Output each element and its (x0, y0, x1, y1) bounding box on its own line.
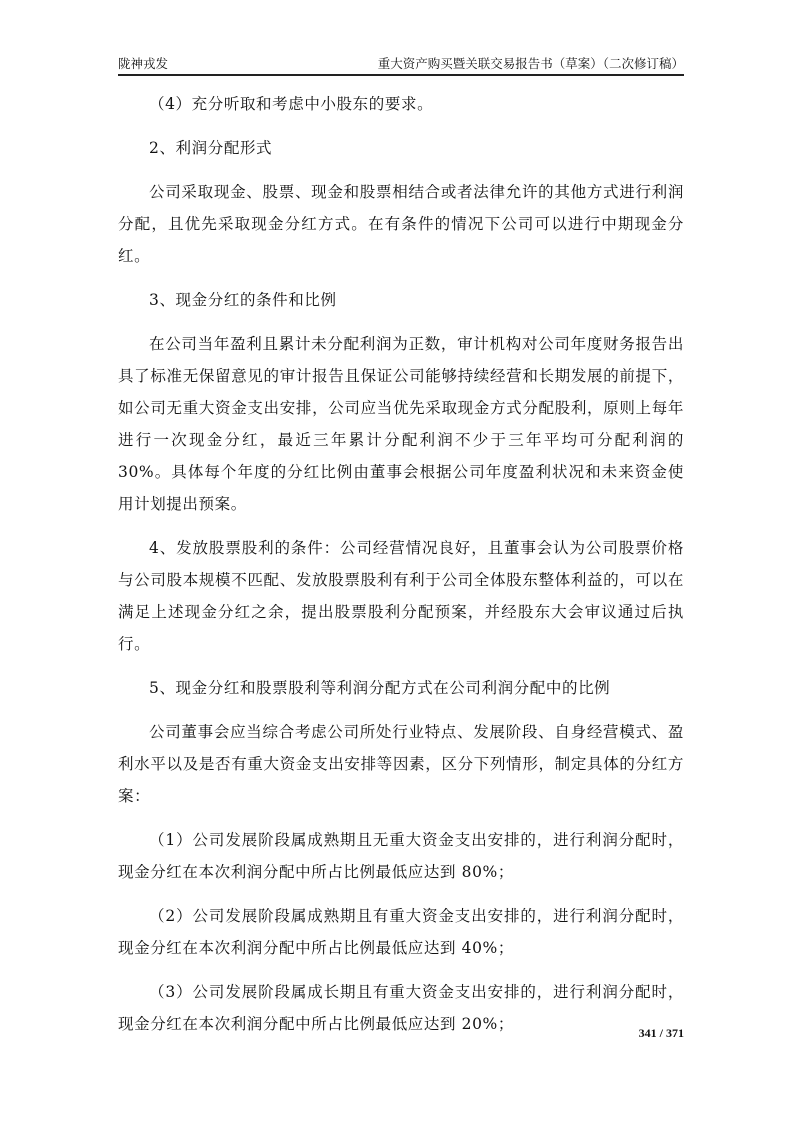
document-body: （4）充分听取和考虑中小股东的要求。 2、利润分配形式 公司采取现金、股票、现金… (118, 88, 684, 1052)
section-heading-2: 2、利润分配形式 (118, 132, 684, 164)
section-heading-3: 3、现金分红的条件和比例 (118, 284, 684, 316)
company-name: 陇神戎发 (118, 54, 168, 72)
list-item-case-2: （2）公司发展阶段属成熟期且有重大资金支出安排的，进行利润分配时，现金分红在本次… (118, 900, 684, 964)
section-heading-5: 5、现金分红和股票股利等利润分配方式在公司利润分配中的比例 (118, 672, 684, 704)
list-item-case-1: （1）公司发展阶段属成熟期且无重大资金支出安排的，进行利润分配时，现金分红在本次… (118, 824, 684, 888)
page-header: 陇神戎发 重大资产购买暨关联交易报告书（草案）（二次修订稿） (118, 48, 684, 76)
paragraph-cash-dividend-conditions: 在公司当年盈利且累计未分配利润为正数，审计机构对公司年度财务报告出具了标准无保留… (118, 328, 684, 520)
paragraph-stock-dividend-conditions: 4、发放股票股利的条件：公司经营情况良好，且董事会认为公司股票价格与公司股本规模… (118, 532, 684, 660)
paragraph-item-4: （4）充分听取和考虑中小股东的要求。 (118, 88, 684, 120)
document-title: 重大资产购买暨关联交易报告书（草案）（二次修订稿） (378, 54, 684, 72)
list-item-case-3: （3）公司发展阶段属成长期且有重大资金支出安排的，进行利润分配时，现金分红在本次… (118, 976, 684, 1040)
paragraph-distribution-form: 公司采取现金、股票、现金和股票相结合或者法律允许的其他方式进行利润分配，且优先采… (118, 176, 684, 272)
page-number: 341 / 371 (639, 1026, 684, 1041)
paragraph-board-considerations: 公司董事会应当综合考虑公司所处行业特点、发展阶段、自身经营模式、盈利水平以及是否… (118, 716, 684, 812)
